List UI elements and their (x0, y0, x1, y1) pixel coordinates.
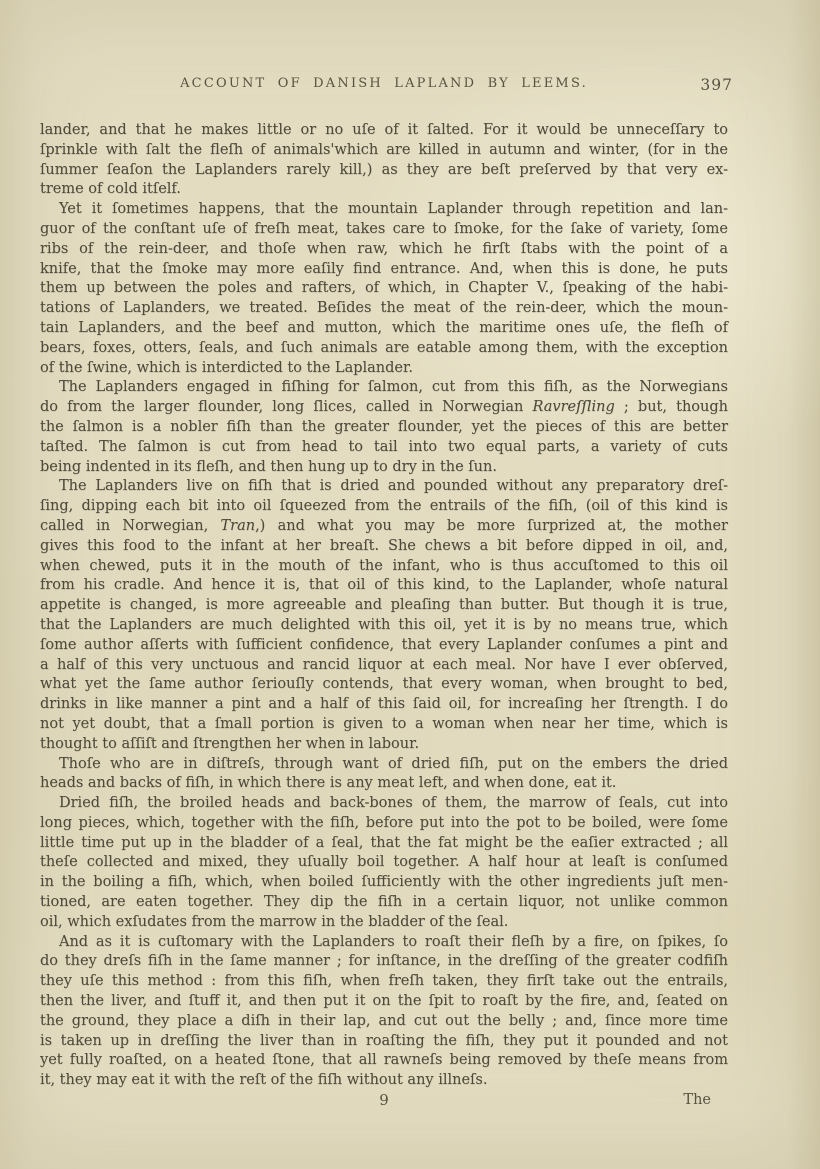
text-line: gives this food to the infant at her bre… (40, 537, 728, 557)
text-line: The Laplanders live on fiſh that is drie… (40, 477, 728, 497)
text-line: ſummer ſeaſon the Laplanders rarely kill… (40, 161, 728, 181)
text-line: appetite is changed, is more agreeable a… (40, 596, 728, 616)
text-line: treme of cold itſelf. (40, 180, 728, 200)
text-line: being indented in its fleſh, and then hu… (40, 458, 728, 478)
text-line: tioned, are eaten together. They dip the… (40, 893, 728, 913)
text-line: Yet it ſometimes happens, that the mount… (40, 200, 728, 220)
text-line: do from the larger flounder, long ſlices… (40, 398, 728, 418)
text-line: Thoſe who are in diſtreſs, through want … (40, 755, 728, 775)
text-line: it, they may eat it with the reſt of the… (40, 1071, 728, 1091)
body-text: lander, and that he makes little or no u… (40, 121, 728, 1091)
text-line: The Laplanders engaged in fiſhing for ſa… (40, 378, 728, 398)
text-line: not yet doubt, that a ſmall portion is g… (40, 715, 728, 735)
text-line: them up between the poles and rafters, o… (40, 279, 728, 299)
page-footer: 9 The (40, 1091, 728, 1111)
text-line: theſe collected and mixed, they uſually … (40, 853, 728, 873)
text-line: long pieces, which, together with the fi… (40, 814, 728, 834)
text-line: is taken up in dreſſing the liver than i… (40, 1032, 728, 1052)
text-line: called in Norwegian, Tran,) and what you… (40, 517, 728, 537)
page-number: 397 (700, 76, 733, 94)
text-line: ſome author aſſerts with ſufficient conf… (40, 636, 728, 656)
page-header: ACCOUNT OF DANISH LAPLAND BY LEEMS. 397 (40, 76, 728, 94)
text-line: then the liver, and ſtuff it, and then p… (40, 992, 728, 1012)
running-header-title: ACCOUNT OF DANISH LAPLAND BY LEEMS. (40, 76, 728, 91)
text-line: ſprinkle with ſalt the fleſh of animals'… (40, 141, 728, 161)
text-line: ſing, dipping each bit into oil ſqueezed… (40, 497, 728, 517)
text-line: the ſalmon is a nobler fiſh than the gre… (40, 418, 728, 438)
text-line: knife, that the ſmoke may more eaſily fi… (40, 260, 728, 280)
text-line: when chewed, puts it in the mouth of the… (40, 557, 728, 577)
text-line: in the boiling a fiſh, which, when boile… (40, 873, 728, 893)
signature-mark: 9 (379, 1091, 389, 1111)
text-line: bears, foxes, otters, ſeals, and ſuch an… (40, 339, 728, 359)
text-line: taſted. The ſalmon is cut from head to t… (40, 438, 728, 458)
text-line: tations of Laplanders, we treated. Beſid… (40, 299, 728, 319)
scanned-book-page: ACCOUNT OF DANISH LAPLAND BY LEEMS. 397 … (0, 0, 820, 1169)
text-line: heads and backs of fiſh, in which there … (40, 774, 728, 794)
text-line: little time put up in the bladder of a ſ… (40, 834, 728, 854)
text-line: oil, which exſudates from the marrow in … (40, 913, 728, 933)
catchword: The (683, 1091, 711, 1111)
text-line: thought to aſſiſt and ſtrengthen her whe… (40, 735, 728, 755)
text-line: of the ſwine, which is interdicted to th… (40, 359, 728, 379)
text-line: And as it is cuſtomary with the Laplande… (40, 933, 728, 953)
text-line: do they dreſs fiſh in the ſame manner ; … (40, 952, 728, 972)
text-line: ribs of the rein-deer, and thoſe when ra… (40, 240, 728, 260)
text-line: guor of the conſtant uſe of freſh meat, … (40, 220, 728, 240)
text-column: ACCOUNT OF DANISH LAPLAND BY LEEMS. 397 … (40, 0, 728, 1111)
text-line: a half of this very unctuous and rancid … (40, 656, 728, 676)
text-line: Dried fiſh, the broiled heads and back-b… (40, 794, 728, 814)
text-line: the ground, they place a diſh in their l… (40, 1012, 728, 1032)
text-line: drinks in like manner a pint and a half … (40, 695, 728, 715)
text-line: from his cradle. And hence it is, that o… (40, 576, 728, 596)
text-line: lander, and that he makes little or no u… (40, 121, 728, 141)
text-line: they uſe this method : from this fiſh, w… (40, 972, 728, 992)
text-line: tain Laplanders, and the beef and mutton… (40, 319, 728, 339)
text-line: yet fully roaſted, on a heated ſtone, th… (40, 1051, 728, 1071)
text-line: what yet the ſame author ſeriouſly conte… (40, 675, 728, 695)
text-line: that the Laplanders are much delighted w… (40, 616, 728, 636)
